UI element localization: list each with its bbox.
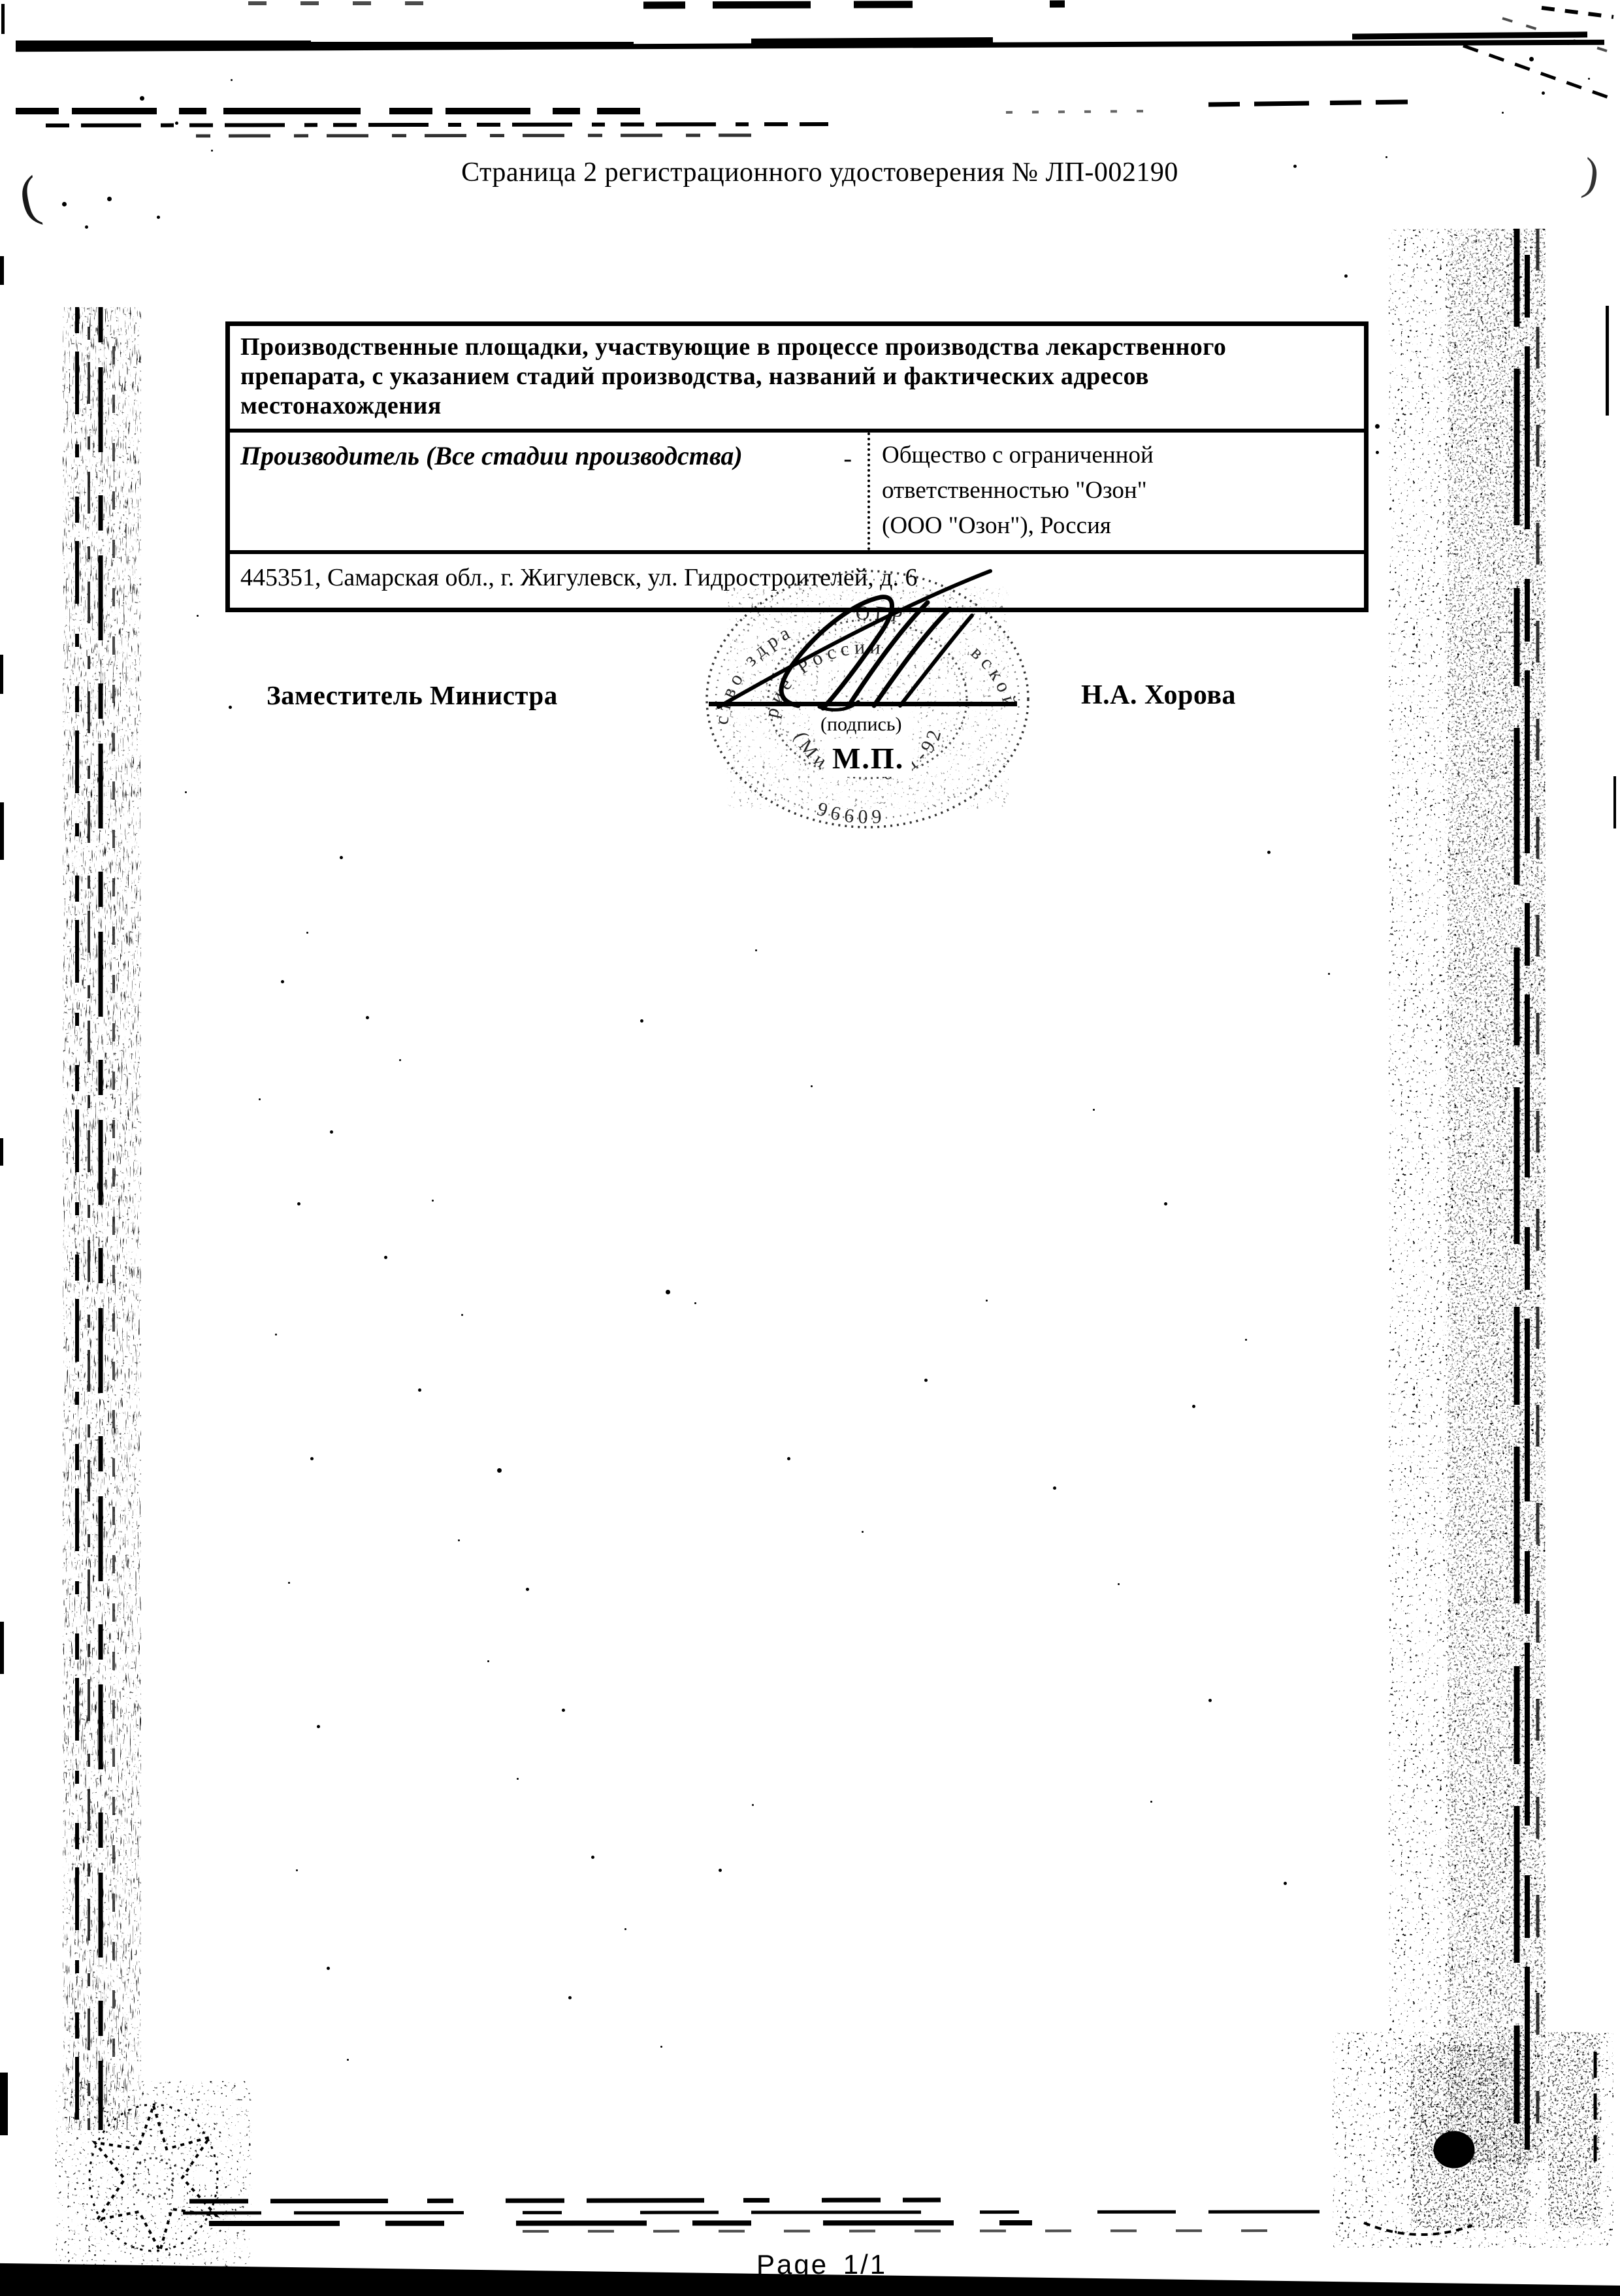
seal-mark: М.П. [824, 740, 912, 777]
scan-cluster-bottom-right [1333, 2032, 1613, 2248]
scanned-document-page: Страница 2 регистрационного удостоверени… [0, 0, 1620, 2296]
signatory-name: Н.А. Хорова [1081, 680, 1236, 711]
producer-label: Производитель (Все стадии производства) [240, 440, 743, 471]
producer-value-line: ответственностью "Озон" [882, 473, 1357, 508]
table-header-cell: Производственные площадки, участвующие в… [230, 326, 1364, 433]
scan-noise-band-bottom [183, 2192, 1346, 2238]
scan-rosette-artifact [56, 2081, 251, 2277]
scan-noise-band-top [0, 98, 1620, 150]
producer-value-line: (ООО "Озон"), Россия [882, 508, 1357, 544]
signature-line [709, 702, 1017, 706]
producer-value-cell: Общество с ограниченной ответственностью… [867, 433, 1364, 550]
table-header-line: Производственные площадки, участвующие в… [240, 333, 1356, 362]
scan-noise-left [63, 307, 141, 2130]
scan-black-dot [1434, 2131, 1474, 2168]
producer-value-line: Общество с ограниченной [882, 438, 1357, 473]
signature-caption: (подпись) [814, 712, 909, 737]
ministry-stamp: ство здра ОГР вской 96609 рие России (Ми… [700, 567, 1035, 834]
scan-noise-right [1389, 229, 1546, 2163]
table-header-line: местонахождения [240, 391, 1356, 421]
producer-label-cell: Производитель (Все стадии производства) … [230, 433, 867, 550]
scan-marks-top-right [1457, 13, 1620, 118]
producer-dash: - [843, 444, 852, 473]
producer-row: Производитель (Все стадии производства) … [230, 433, 1364, 554]
scan-speckles [0, 0, 3, 3]
page-title: Страница 2 регистрационного удостоверени… [0, 157, 1620, 188]
deputy-minister-title: Заместитель Министра [267, 680, 558, 711]
top-edge-scan-dashes [0, 0, 1620, 20]
table-header-line: препарата, с указанием стадий производст… [240, 362, 1356, 391]
